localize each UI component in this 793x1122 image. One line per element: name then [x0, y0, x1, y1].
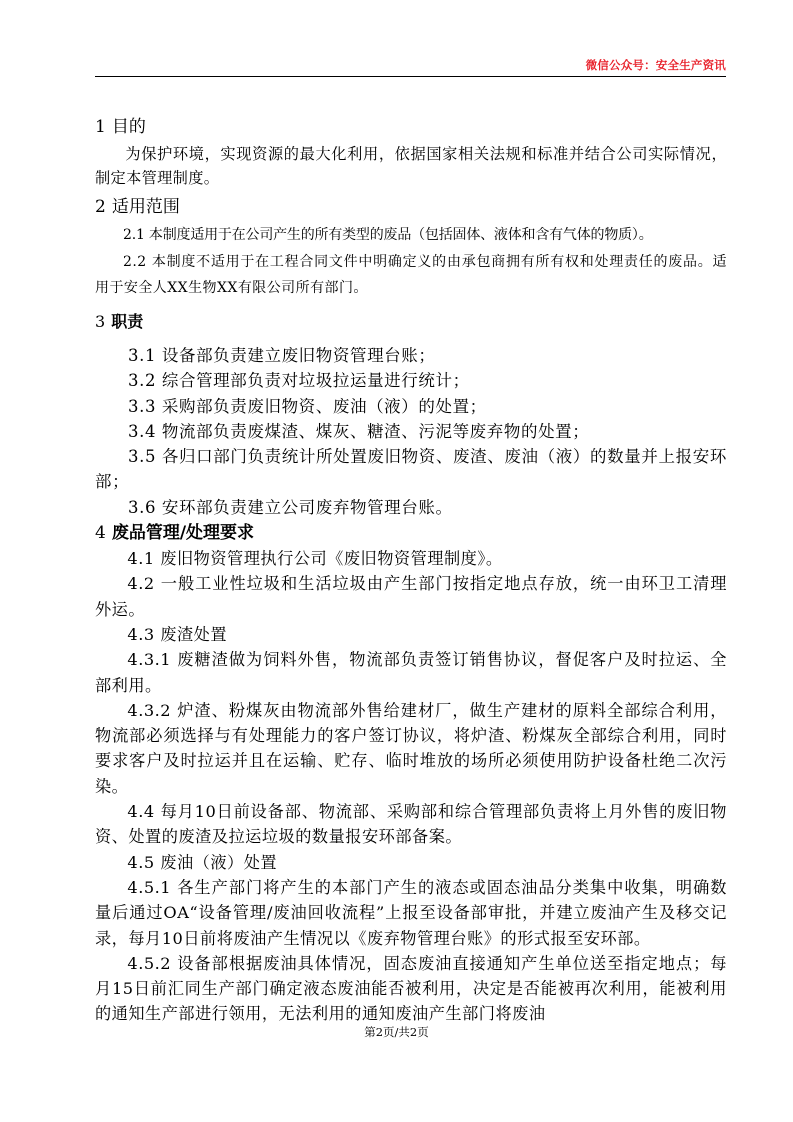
- paragraph-req-4-5-2: 4.5.2 设备部根据废油具体情况，固态废油直接通知产生单位送至指定地点；每月1…: [95, 951, 727, 1027]
- paragraph-scope-2-2: 2.2 本制度不适用于在工程合同文件中明确定义的由承包商拥有所有权和处理责任的废…: [95, 249, 727, 301]
- paragraph-duty-3-4: 3.4 物流部负责废煤渣、煤灰、糖渣、污泥等废弃物的处置；: [95, 419, 727, 444]
- paragraph-req-4-1: 4.1 废旧物资管理执行公司《废旧物资管理制度》。: [95, 546, 727, 571]
- page-header: 微信公众号：安全生产资讯: [95, 56, 726, 77]
- paragraph-req-4-3-2: 4.3.2 炉渣、粉煤灰由物流部外售给建材厂，做生产建材的原料全部综合利用，物流…: [95, 698, 727, 799]
- paragraph-duty-3-6: 3.6 安环部负责建立公司废弃物管理台账。: [95, 495, 727, 520]
- paragraph-req-4-2: 4.2 一般工业性垃圾和生活垃圾由产生部门按指定地点存放，统一由环卫工清理外运。: [95, 571, 727, 622]
- paragraph-req-4-4: 4.4 每月10日前设备部、物流部、采购部和综合管理部负责将上月外售的废旧物资、…: [95, 799, 727, 850]
- paragraph-duty-3-5: 3.5 各归口部门负责统计所处置废旧物资、废渣、废油（液）的数量并上报安环部；: [95, 444, 727, 495]
- page-number-footer: 第2页/共2页: [0, 1024, 793, 1040]
- paragraph-duty-3-1: 3.1 设备部负责建立废旧物资管理台账；: [95, 343, 727, 368]
- paragraph-req-4-5: 4.5 废油（液）处置: [95, 850, 727, 875]
- paragraph-req-4-5-1: 4.5.1 各生产部门将产生的本部门产生的液态或固态油品分类集中收集，明确数量后…: [95, 875, 727, 951]
- paragraph-req-4-3-1: 4.3.1 废糖渣做为饲料外售，物流部负责签订销售协议，督促客户及时拉运、全部利…: [95, 647, 727, 698]
- header-wechat-account: 微信公众号：安全生产资讯: [586, 57, 726, 73]
- section-heading-scope: 2适用范围: [95, 192, 727, 222]
- section-heading-responsibilities: 3职责: [95, 307, 727, 337]
- section-heading-waste-management: 4废品管理/处理要求: [95, 520, 727, 546]
- paragraph-req-4-3: 4.3 废渣处置: [95, 622, 727, 647]
- section-heading-purpose: 1目的: [95, 112, 727, 142]
- paragraph-duty-3-3: 3.3 采购部负责废旧物资、废油（液）的处置；: [95, 394, 727, 419]
- document-body: 1目的 为保护环境，实现资源的最大化利用，依据国家相关法规和标准并结合公司实际情…: [95, 112, 727, 1027]
- paragraph-duty-3-2: 3.2 综合管理部负责对垃圾拉运量进行统计；: [95, 368, 727, 393]
- paragraph-purpose: 为保护环境，实现资源的最大化利用，依据国家相关法规和标准并结合公司实际情况，制定…: [95, 142, 727, 190]
- paragraph-scope-2-1: 2.1 本制度适用于在公司产生的所有类型的废品（包括固体、液体和含有气体的物质）…: [95, 222, 727, 249]
